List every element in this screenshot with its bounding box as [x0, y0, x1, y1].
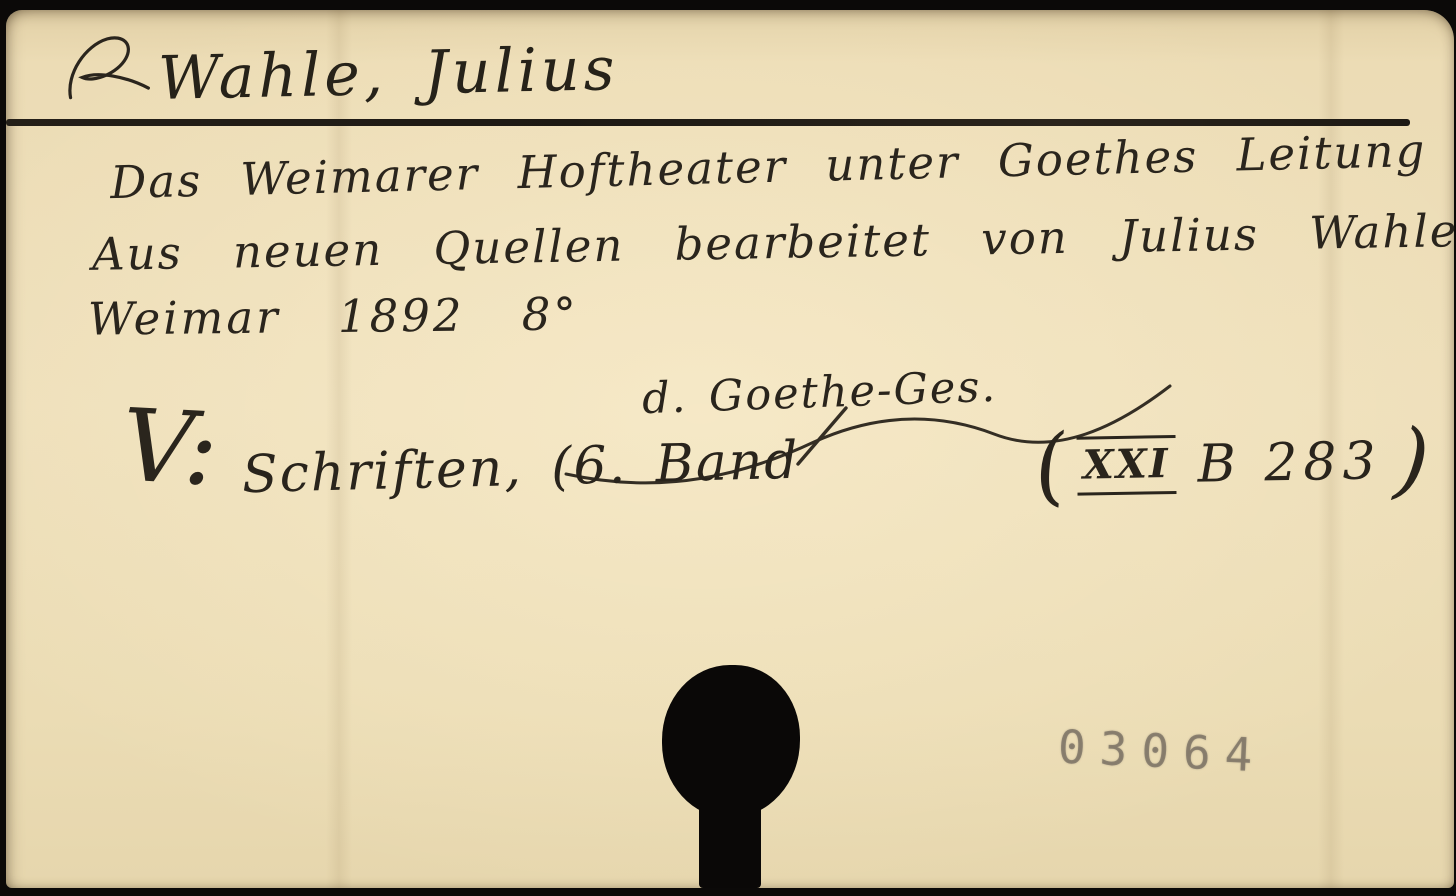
- body-line-title: Das Weimarer Hoftheater unter Goethes Le…: [110, 124, 1427, 209]
- heading-rule-line: [6, 119, 1410, 126]
- pen-flourish-icon: [63, 30, 153, 116]
- keyhole-punch-slot: [699, 780, 761, 888]
- shelfmark-close-paren: ): [1393, 426, 1432, 496]
- card-heading-row: Wahle, Julius: [63, 20, 619, 116]
- shelfmark-number: B 283: [1197, 431, 1382, 494]
- card-heading: Wahle, Julius: [157, 34, 619, 114]
- reference-prefix: V:: [119, 396, 220, 501]
- catalog-card: Wahle, Julius Das Weimarer Hoftheater un…: [6, 10, 1454, 888]
- body-line-imprint: Weimar 1892 8°: [88, 287, 579, 345]
- shelfmark-roman-numeral: XXI: [1076, 435, 1176, 496]
- accession-stamp: 03064: [1057, 719, 1268, 782]
- scan-background: Wahle, Julius Das Weimarer Hoftheater un…: [0, 0, 1456, 896]
- shelfmark-open-paren: (: [1030, 431, 1071, 502]
- shelfmark: ( XXI B 283 ): [1033, 427, 1428, 501]
- body-line-subtitle: Aus neuen Quellen bearbeitet von Julius …: [92, 204, 1456, 281]
